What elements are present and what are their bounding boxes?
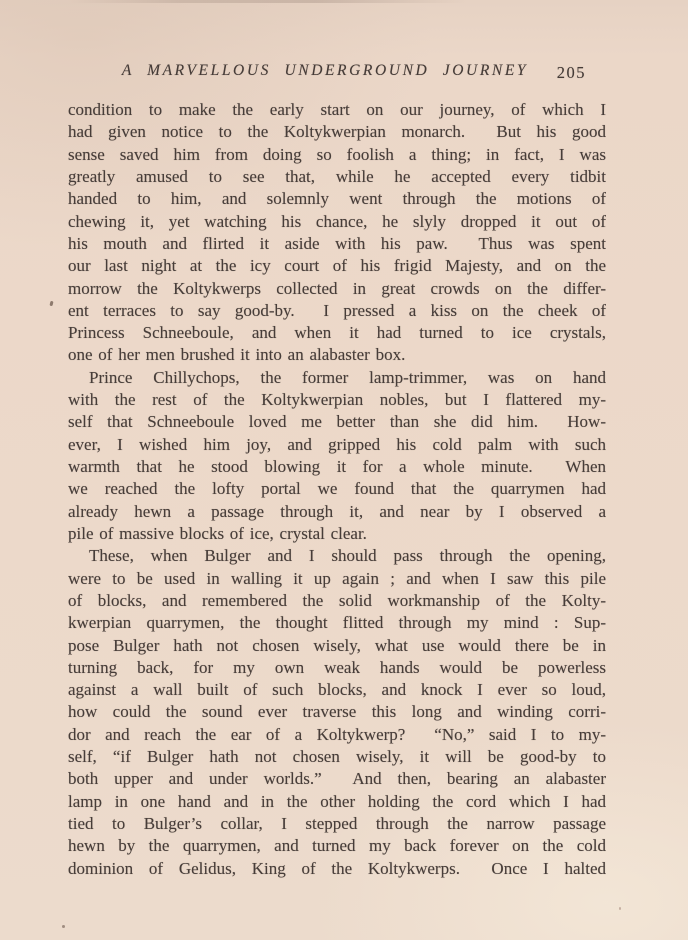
text-line: our last night at the icy court of his f… — [68, 255, 606, 277]
text-line: greatly amused to see that, while he acc… — [68, 166, 606, 188]
text-line: condition to make the early start on our… — [68, 99, 606, 121]
text-line: had given notice to the Koltykwerpian mo… — [68, 121, 606, 143]
running-header-title: A MARVELLOUS UNDERGROUND JOURNEY — [122, 62, 528, 80]
text-line: ever, I wished him joy, and gripped his … — [68, 434, 606, 456]
text-line: tied to Bulger’s collar, I stepped throu… — [68, 813, 606, 835]
text-line: of blocks, and remembered the solid work… — [68, 590, 606, 612]
text-line: we reached the lofty portal we found tha… — [68, 478, 606, 500]
text-line: his mouth and flirted it aside with his … — [68, 233, 606, 255]
ink-speck — [619, 907, 621, 910]
text-line-paragraph-start: Prince Chillychops, the former lamp-trim… — [68, 367, 606, 389]
text-line: Princess Schneeboule, and when it had tu… — [68, 322, 606, 344]
text-line: warmth that he stood blowing it for a wh… — [68, 456, 606, 478]
text-line-paragraph-start: These, when Bulger and I should pass thr… — [68, 545, 606, 567]
text-line: lamp in one hand and in the other holdin… — [68, 791, 606, 813]
text-line: already hewn a passage through it, and n… — [68, 501, 606, 523]
running-header: A MARVELLOUS UNDERGROUND JOURNEY 205 — [68, 62, 606, 84]
text-line: dor and reach the ear of a Koltykwerp? “… — [68, 724, 606, 746]
text-line: kwerpian quarrymen, the thought flitted … — [68, 612, 606, 634]
text-line: pose Bulger hath not chosen wisely, what… — [68, 635, 606, 657]
text-line: chewing it, yet watching his chance, he … — [68, 211, 606, 233]
text-line: both upper and under worlds.” And then, … — [68, 768, 606, 790]
text-line: dominion of Gelidus, King of the Koltykw… — [68, 858, 606, 880]
text-line: with the rest of the Koltykwerpian noble… — [68, 389, 606, 411]
text-line: against a wall built of such blocks, and… — [68, 679, 606, 701]
text-line: were to be used in walling it up again ;… — [68, 568, 606, 590]
text-line-paragraph-end: one of her men brushed it into an alabas… — [68, 344, 606, 366]
text-line-paragraph-end: pile of massive blocks of ice, crystal c… — [68, 523, 606, 545]
text-line: ent terraces to say good-by. I pressed a… — [68, 300, 606, 322]
text-line: hewn by the quarrymen, and turned my bac… — [68, 835, 606, 857]
book-page: A MARVELLOUS UNDERGROUND JOURNEY 205 con… — [0, 0, 688, 940]
text-line: turning back, for my own weak hands woul… — [68, 657, 606, 679]
text-line: sense saved him from doing so foolish a … — [68, 144, 606, 166]
text-line: how could the sound ever traverse this l… — [68, 701, 606, 723]
ink-speck — [49, 301, 53, 307]
text-line: handed to him, and solemnly went through… — [68, 188, 606, 210]
text-line: morrow the Koltykwerps collected in grea… — [68, 278, 606, 300]
text-line: self, “if Bulger hath not chosen wisely,… — [68, 746, 606, 768]
ink-speck — [62, 925, 65, 928]
text-line: self that Schneeboule loved me better th… — [68, 411, 606, 433]
page-number: 205 — [557, 63, 586, 83]
body-text: condition to make the early start on our… — [68, 99, 606, 880]
